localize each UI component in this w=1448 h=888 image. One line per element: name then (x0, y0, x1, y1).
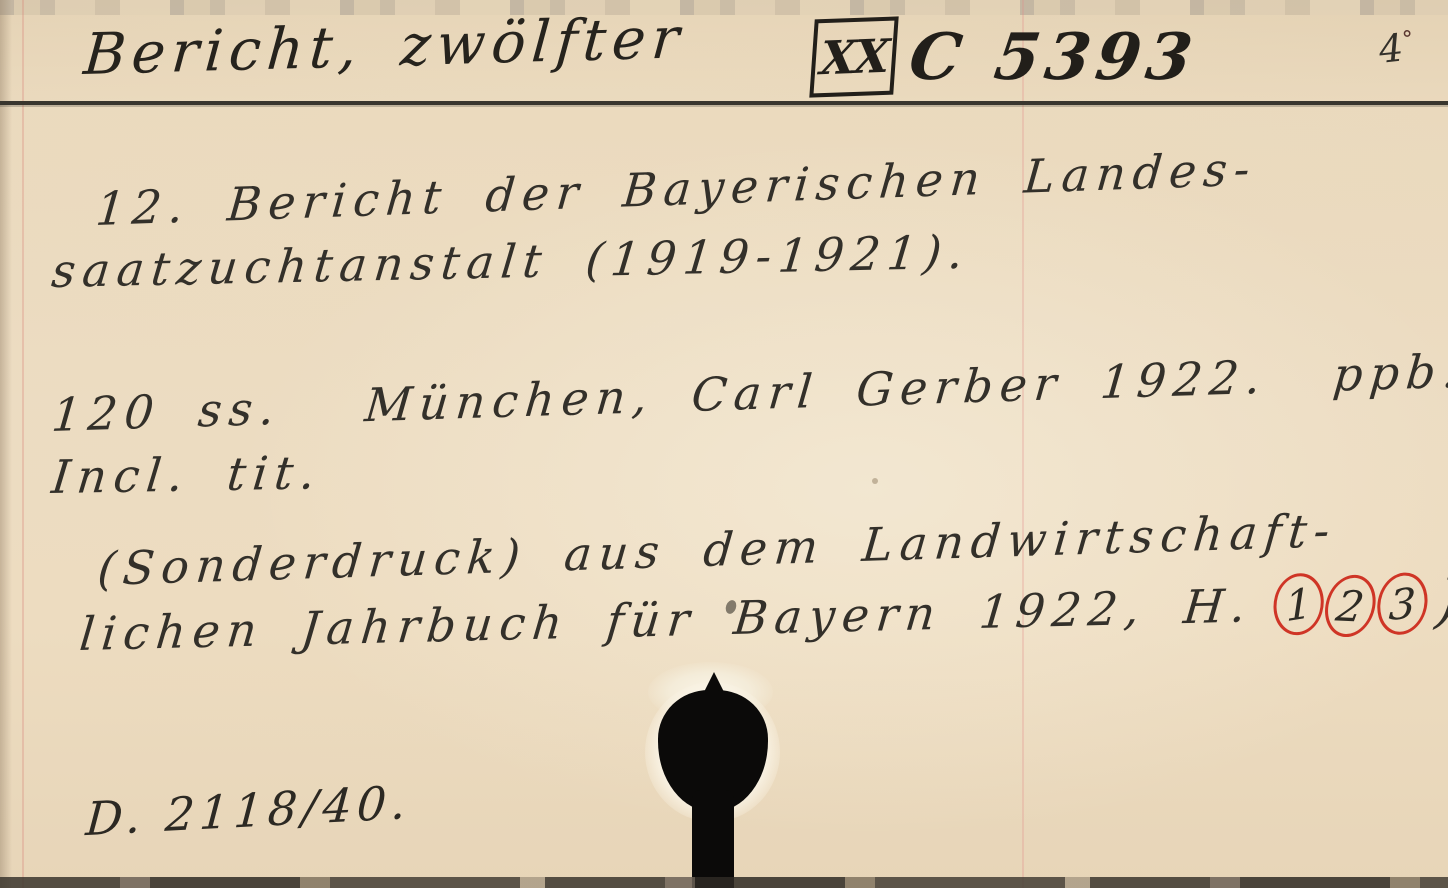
title-line-1: 12. Bericht der Bayerischen Landes- (94, 141, 1259, 236)
shelfmark: XX C 5393 (812, 18, 1197, 96)
red-margin-line (22, 0, 24, 888)
card-left-edge-shadow (0, 0, 12, 888)
faint-center-crease-line (1022, 0, 1024, 888)
issue-number-circled-3: 3 (1376, 571, 1429, 637)
collation: 120 ss. (50, 381, 284, 442)
issue-number-circled-2: 2 (1320, 574, 1380, 638)
degree-sign: ° (1401, 27, 1415, 53)
hole-punch-slot (692, 790, 734, 888)
printed-rule (0, 101, 1448, 105)
accession-number: D. 2118/40. (84, 775, 413, 846)
series-note-close-paren: ) (1433, 566, 1448, 635)
imprint: München, Carl Gerber 1922. (363, 350, 1270, 433)
scan-artifact-top (0, 0, 1448, 15)
binding-note: ppb. (1331, 344, 1448, 402)
issue-number-circled-1: 1 (1272, 569, 1325, 639)
scan-artifact-bottom (0, 877, 1448, 888)
incl-tit-note: Incl. tit. (49, 445, 324, 504)
shelfmark-series-box: XX (809, 16, 898, 97)
shelfmark-number: C 5393 (905, 20, 1203, 95)
collation-imprint-line: 120 ss. München, Carl Gerber 1922. ppb. (50, 344, 1448, 443)
card-heading: Bericht, zwölfter (81, 5, 687, 88)
format-mark: 4° (1377, 24, 1417, 71)
title-line-2: saatzuchtanstalt (1919-1921). (49, 225, 973, 298)
catalog-card-scan: Bericht, zwölfter XX C 5393 4° 12. Beric… (0, 0, 1448, 888)
paper-speck (872, 478, 878, 484)
